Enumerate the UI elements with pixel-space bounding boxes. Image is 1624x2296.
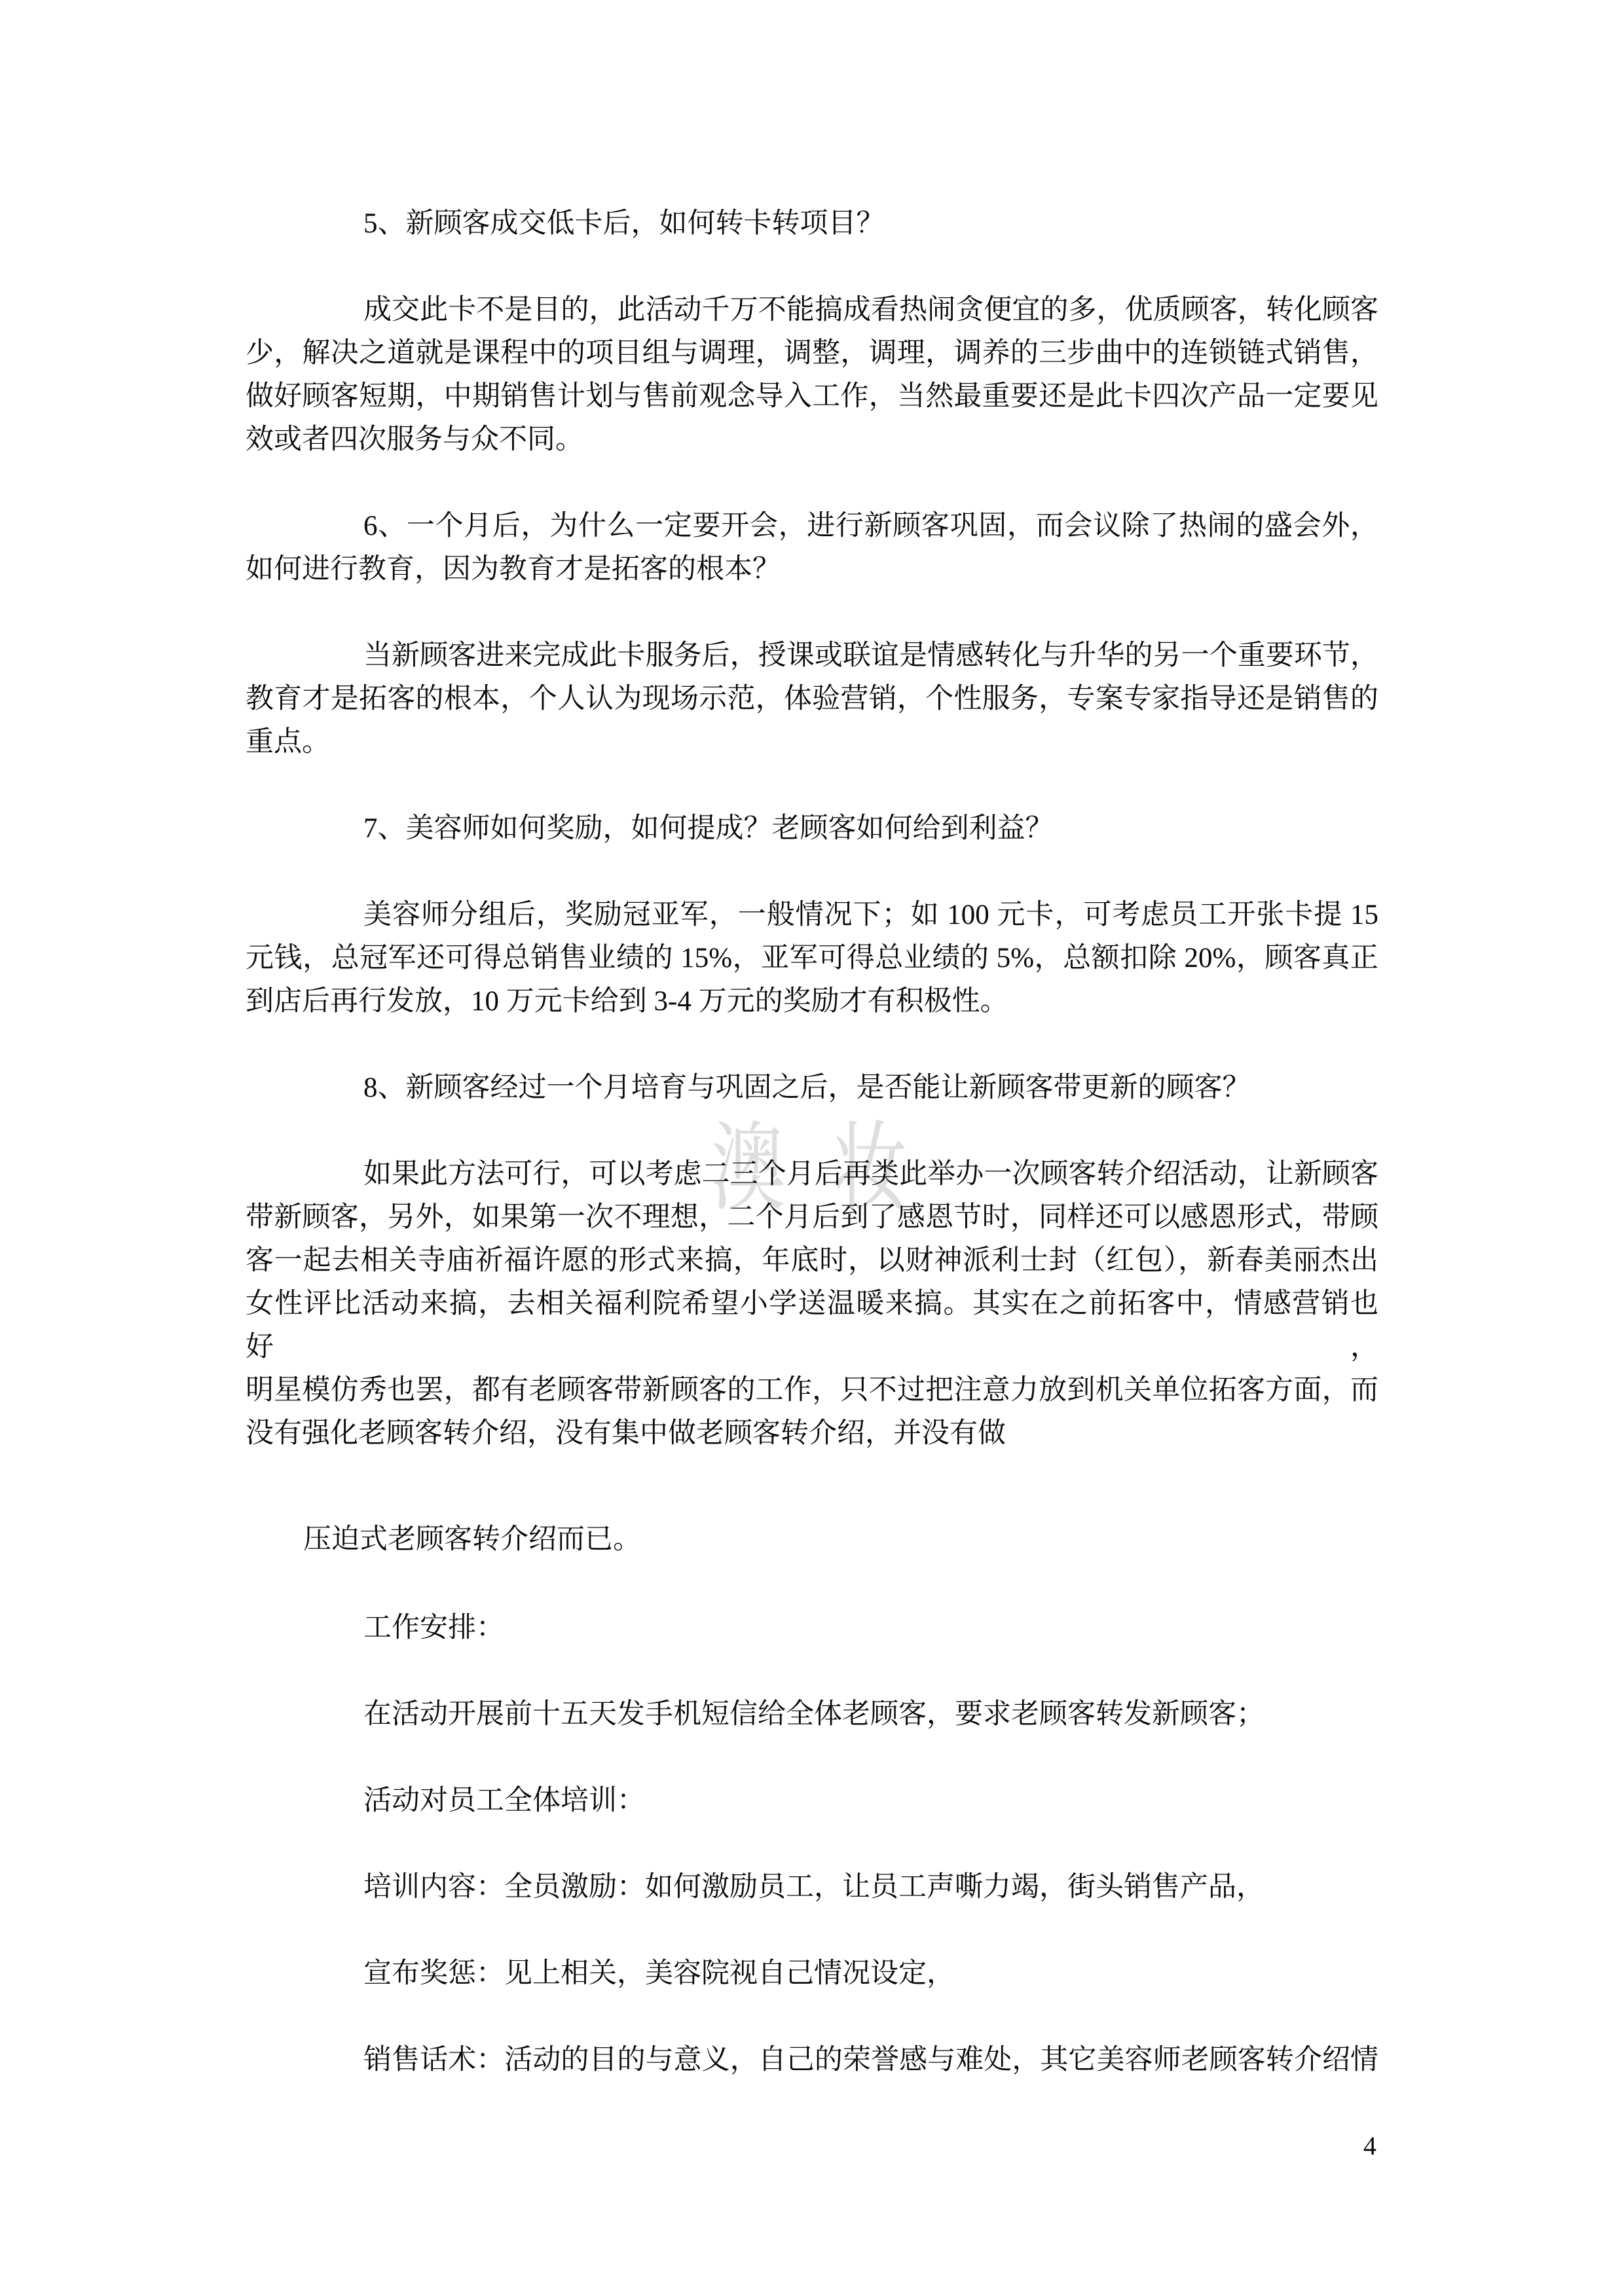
question-7: 7、美容师如何奖励，如何提成？老顾客如何给到利益？ (246, 807, 1378, 850)
paragraph-8-answer: 如果此方法可行，可以考虑二三个月后再类此举办一次顾客转介绍活动，让新顾客 带新顾… (246, 1153, 1378, 1455)
text-line: 销售话术：活动的目的与意义，自己的荣誉感与难处，其它美容师老顾客转介绍情 (246, 2039, 1378, 2082)
text-line: 培训内容：全员激励：如何激励员工，让员工声嘶力竭，街头销售产品， (246, 1866, 1378, 1909)
paragraph-7-answer: 美容师分组后，奖励冠亚军，一般情况下；如 100 元卡，可考虑员工开张卡提 15… (246, 894, 1378, 1023)
question-line: 如何进行教育，因为教育才是拓客的根本？ (246, 548, 1378, 591)
question-line: 7、美容师如何奖励，如何提成？老顾客如何给到利益？ (246, 807, 1378, 850)
line-work-arrangement: 工作安排： (246, 1607, 1378, 1650)
text-line: 到店后再行发放，10 万元卡给到 3-4 万元的奖励才有积极性。 (246, 980, 1378, 1023)
text-line: 客一起去相关寺庙祈福许愿的形式来搞，年底时，以财神派利士封（红包），新春美丽杰出 (246, 1239, 1378, 1283)
text-line: 没有强化老顾客转介绍，没有集中做老顾客转介绍，并没有做 (246, 1412, 1378, 1455)
text-line: 成交此卡不是目的，此活动千万不能搞成看热闹贪便宜的多，优质顾客，转化顾客 (246, 289, 1378, 332)
paragraph-5-answer: 成交此卡不是目的，此活动千万不能搞成看热闹贪便宜的多，优质顾客，转化顾客 少，解… (246, 289, 1378, 462)
line-sms-notice: 在活动开展前十五天发手机短信给全体老顾客，要求老顾客转发新顾客； (246, 1693, 1378, 1736)
text-line: 在活动开展前十五天发手机短信给全体老顾客，要求老顾客转发新顾客； (246, 1693, 1378, 1736)
text-line: 少，解决之道就是课程中的项目组与调理，调整，调理，调养的三步曲中的连锁链式销售， (246, 332, 1378, 375)
question-line: 8、新顾客经过一个月培育与巩固之后，是否能让新顾客带更新的顾客？ (246, 1066, 1378, 1110)
text-line: 教育才是拓客的根本，个人认为现场示范，体验营销，个性服务，专案专家指导还是销售的 (246, 678, 1378, 721)
text-line: 带新顾客，另外，如果第一次不理想，二个月后到了感恩节时，同样还可以感恩形式，带顾 (246, 1196, 1378, 1239)
text-line: 宣布奖惩：见上相关，美容院视自己情况设定， (246, 1952, 1378, 1995)
text-line: 明星模仿秀也罢，都有老顾客带新顾客的工作，只不过把注意力放到机关单位拓客方面，而 (246, 1369, 1378, 1412)
line-training-content: 培训内容：全员激励：如何激励员工，让员工声嘶力竭，街头销售产品， (246, 1866, 1378, 1909)
line-staff-training: 活动对员工全体培训： (246, 1779, 1378, 1823)
paragraph-6-answer: 当新顾客进来完成此卡服务后，授课或联谊是情感转化与升华的另一个重要环节， 教育才… (246, 634, 1378, 764)
text-line: 工作安排： (246, 1607, 1378, 1650)
text-line: 重点。 (246, 721, 1378, 764)
text-line: 当新顾客进来完成此卡服务后，授课或联谊是情感转化与升华的另一个重要环节， (246, 634, 1378, 678)
question-5: 5、新顾客成交低卡后，如何转卡转项目？ (246, 202, 1378, 246)
line-pressure-referral: 压迫式老顾客转介绍而已。 (246, 1518, 1378, 1561)
question-6: 6、一个月后，为什么一定要开会，进行新顾客巩固，而会议除了热闹的盛会外， 如何进… (246, 505, 1378, 591)
text-line: 如果此方法可行，可以考虑二三个月后再类此举办一次顾客转介绍活动，让新顾客 (246, 1153, 1378, 1196)
page-number: 4 (1363, 2132, 1376, 2160)
line-sales-script: 销售话术：活动的目的与意义，自己的荣誉感与难处，其它美容师老顾客转介绍情 (246, 2039, 1378, 2082)
text-line: 活动对员工全体培训： (246, 1779, 1378, 1823)
line-rewards-announcement: 宣布奖惩：见上相关，美容院视自己情况设定， (246, 1952, 1378, 1995)
question-8: 8、新顾客经过一个月培育与巩固之后，是否能让新顾客带更新的顾客？ (246, 1066, 1378, 1110)
question-line: 5、新顾客成交低卡后，如何转卡转项目？ (246, 202, 1378, 246)
text-line: 压迫式老顾客转介绍而已。 (246, 1518, 1378, 1561)
question-line: 6、一个月后，为什么一定要开会，进行新顾客巩固，而会议除了热闹的盛会外， (246, 505, 1378, 548)
text-line: 美容师分组后，奖励冠亚军，一般情况下；如 100 元卡，可考虑员工开张卡提 15 (246, 894, 1378, 937)
text-line: 效或者四次服务与众不同。 (246, 418, 1378, 462)
text-line: 女性评比活动来搞，去相关福利院希望小学送温暖来搞。其实在之前拓客中，情感营销也好… (246, 1283, 1378, 1369)
text-line: 做好顾客短期，中期销售计划与售前观念导入工作，当然最重要还是此卡四次产品一定要见 (246, 375, 1378, 418)
document-page: 澳妆 5、新顾客成交低卡后，如何转卡转项目？ 成交此卡不是目的，此活动千万不能搞… (0, 0, 1624, 2296)
text-line: 元钱，总冠军还可得总销售业绩的 15%，亚军可得总业绩的 5%，总额扣除 20%… (246, 937, 1378, 980)
